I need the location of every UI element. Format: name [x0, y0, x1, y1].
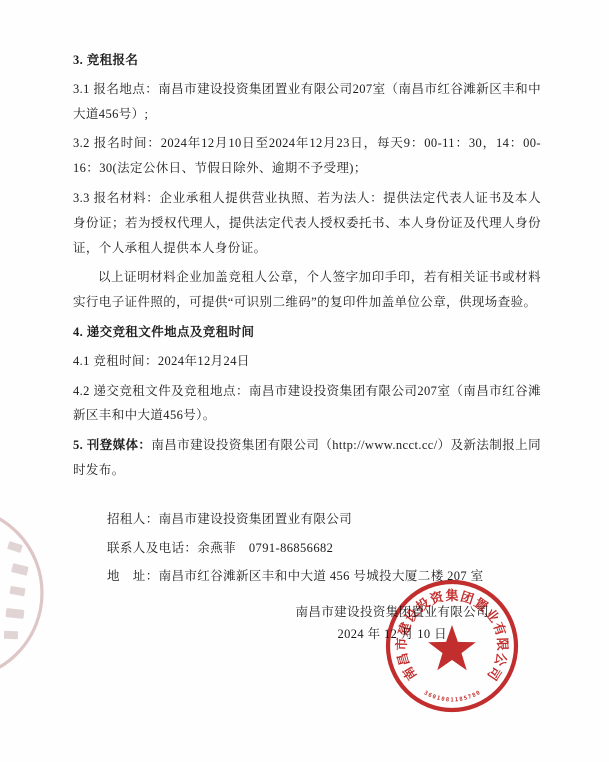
svg-text:8: 8	[445, 697, 449, 703]
document-page: 3. 竞租报名 3.1 报名地点：南昌市建设投资集团置业有限公司207室（南昌市…	[0, 0, 609, 762]
section3-note: 以上证明材料企业加盖竞租人公章，个人签字加印手印，若有相关证书或材料实行电子证件…	[73, 265, 541, 315]
svg-text:昌: 昌	[394, 651, 412, 668]
section5-label: 5. 刊登媒体：	[73, 438, 151, 452]
section3-heading: 3. 竞租报名	[73, 48, 541, 73]
seal-serial-number: 3601081185780	[423, 690, 482, 704]
section3-item-3-3: 3.3 报名材料：企业承租人提供营业执照、若为法人：提供法定代表人证书及本人身份…	[73, 186, 541, 260]
svg-text:1: 1	[450, 698, 454, 704]
document-body: 3. 竞租报名 3.1 报名地点：南昌市建设投资集团置业有限公司207室（南昌市…	[73, 48, 541, 647]
contact-phone-line: 联系人及电话：余燕菲 0791-86856682	[107, 536, 541, 561]
section3-item-3-1: 3.1 报名地点：南昌市建设投资集团置业有限公司207室（南昌市红谷滩新区丰和中…	[73, 77, 541, 127]
section4-heading: 4. 递交竞租文件地点及竞租时间	[73, 320, 541, 345]
section4-item-4-1: 4.1 竞租时间：2024年12月24日	[73, 349, 541, 374]
svg-text:集: 集	[445, 588, 458, 603]
svg-text:限: 限	[495, 637, 510, 651]
lessor-line: 招租人：南昌市建设投资集团置业有限公司	[107, 507, 541, 532]
svg-text:司: 司	[485, 664, 505, 683]
faint-stamp-marks	[4, 541, 29, 639]
section5-paragraph: 5. 刊登媒体：南昌市建设投资集团有限公司（http://www.ncct.cc…	[73, 433, 541, 483]
svg-text:资: 资	[428, 588, 446, 607]
company-seal-stamp: 南昌市建设投资集团置业有限公司 3601081185780	[382, 576, 522, 716]
section4-item-4-2: 4.2 递交竞租文件及竞租地点：南昌市建设投资集团有限公司207室（南昌市红谷滩…	[73, 379, 541, 429]
svg-text:0: 0	[475, 690, 481, 697]
svg-text:市: 市	[394, 637, 409, 651]
section3-item-3-2: 3.2 报名时间：2024年12月10日至2024年12月23日，每天9：00-…	[73, 131, 541, 181]
seal-star-icon	[428, 625, 476, 670]
